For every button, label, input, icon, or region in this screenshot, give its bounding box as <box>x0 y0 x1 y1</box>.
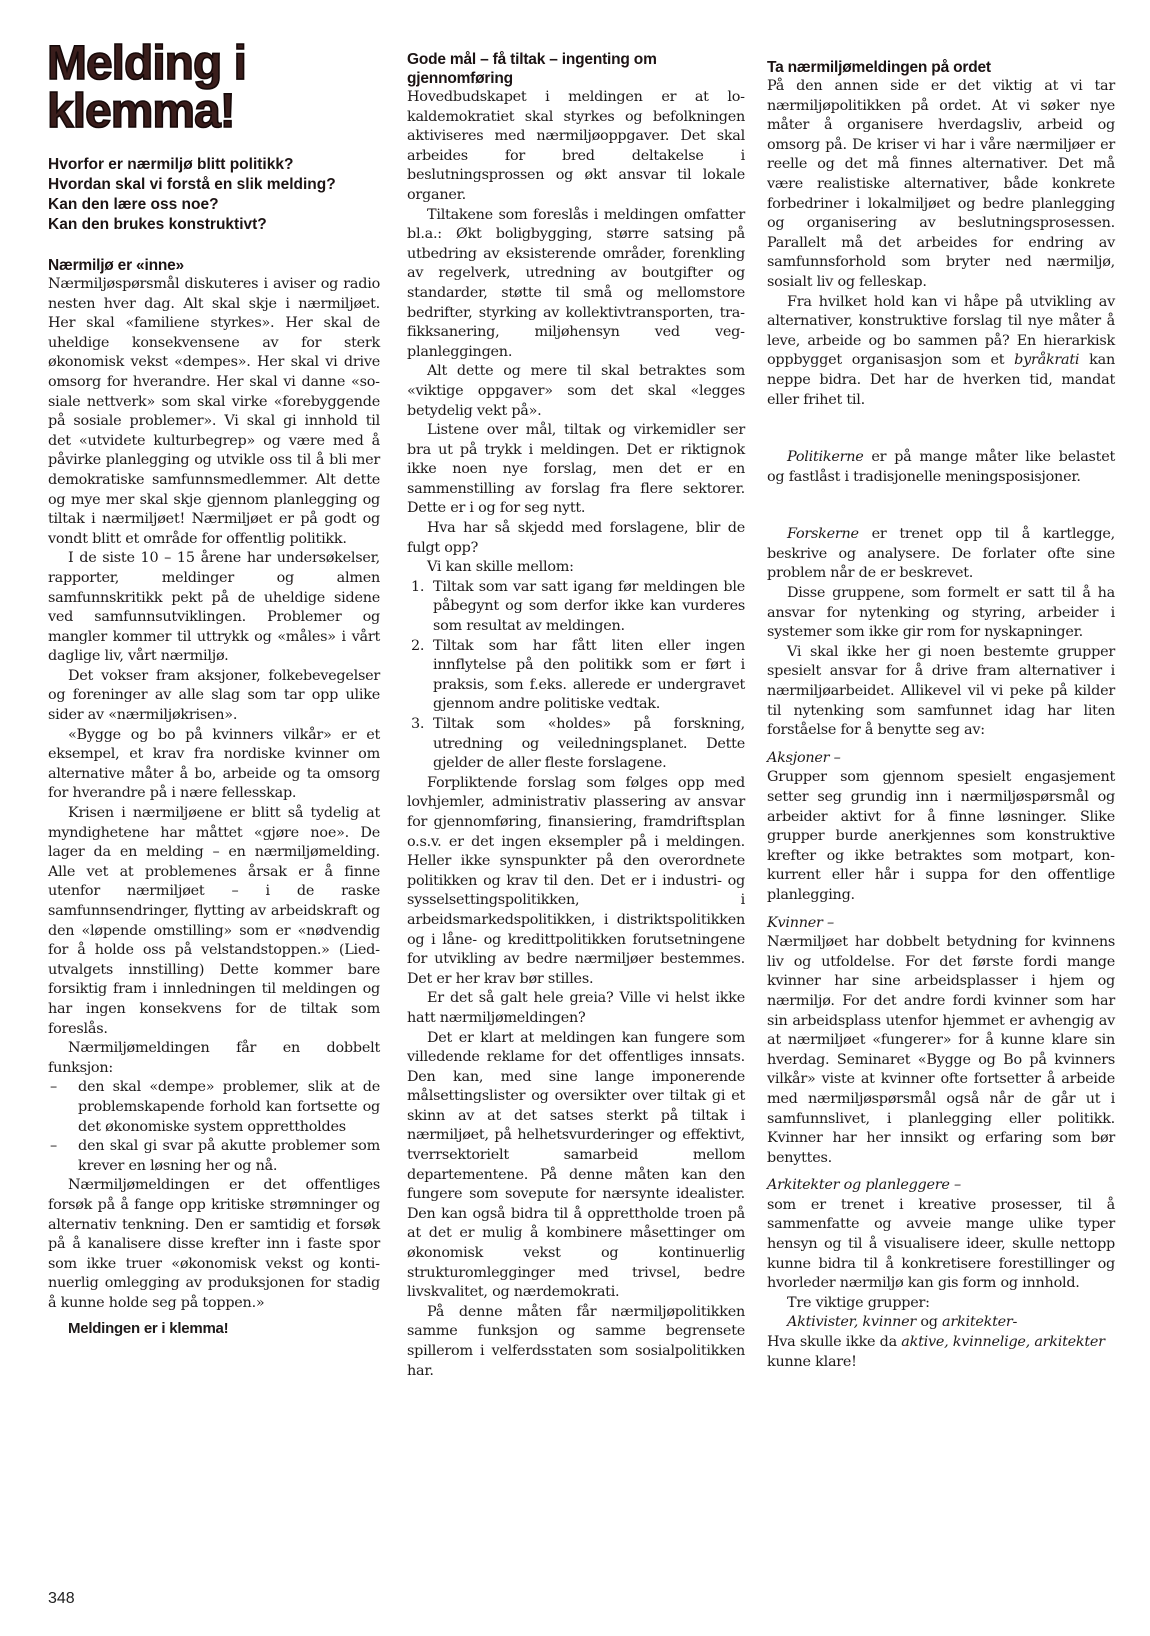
subheading-kvinner: Kvinner – <box>767 914 1115 934</box>
paragraph: Tiltakene som foreslås i meldingen omfat… <box>407 206 745 363</box>
paragraph: Vi kan skille mellom: <box>407 558 745 578</box>
title-line-2: klemma! <box>47 88 377 136</box>
paragraph: Listene over mål, tiltak og virkemid­ler… <box>407 421 745 519</box>
paragraph: På denne måten får nærmiljøpolitik­ken s… <box>407 1303 745 1381</box>
paragraph: Forskerne er trenet opp til å kart­legge… <box>767 525 1115 584</box>
subheading-aksjoner: Aksjoner – <box>767 749 1115 769</box>
dash-list: –den skal «dempe» problemer, slik at de … <box>48 1078 380 1176</box>
list-item: 3.Tiltak som «holdes» på forskning, utre… <box>407 715 745 774</box>
subheading-arkitekter: Arkitekter og planleggere – <box>767 1176 1115 1196</box>
paragraph: I de siste 10 – 15 årene har undersø­kel… <box>48 549 380 667</box>
section-heading-ta-paa-ordet: Ta nærmiljømeldingen på ordet <box>767 58 1115 77</box>
paragraph: Disse gruppene, som formelt er satt til … <box>767 584 1115 643</box>
numbered-list: 1.Tiltak som var satt igang før mel­ding… <box>407 578 745 774</box>
lede-question: Kan den brukes konstruktivt? <box>48 215 388 235</box>
lede-question: Kan den lære oss noe? <box>48 195 388 215</box>
list-item: 1.Tiltak som var satt igang før mel­ding… <box>407 578 745 637</box>
paragraph: Hva skulle ikke da aktive, kvinnelige, a… <box>767 1333 1115 1372</box>
list-item: –den skal gi svar på akutte proble­mer s… <box>48 1137 380 1176</box>
spacer <box>767 410 1115 448</box>
paragraph: Det er klart at meldingen kan fungere so… <box>407 1029 745 1303</box>
dash-bullet-icon: – <box>50 1137 57 1157</box>
paragraph: Nærmiljømeldingen er det offentli­ges fo… <box>48 1176 380 1313</box>
paragraph: Det vokser fram aksjoner, folkebe­vegels… <box>48 667 380 726</box>
paragraph: «Bygge og bo på kvinners vilkår» er et e… <box>48 726 380 804</box>
paragraph: Hovedbudskapet i meldingen er at lo­kald… <box>407 88 745 206</box>
lede-questions: Hvorfor er nærmiljø blitt politikk? Hvor… <box>48 155 388 235</box>
paragraph: På den annen side er det viktig at vi ta… <box>767 77 1115 293</box>
column-1: Nærmiljø er «inne» Nærmiljøspørsmål disk… <box>48 256 380 1339</box>
paragraph: Hva har så skjedd med forslagene, blir d… <box>407 519 745 558</box>
dash-bullet-icon: – <box>50 1078 57 1098</box>
paragraph: Nærmiljøspørsmål diskuteres i aviser og … <box>48 275 380 549</box>
paragraph: som er trenet i kreative prosesser, til … <box>767 1196 1115 1294</box>
paragraph: Aktivister, kvinner og arkitekter- <box>767 1313 1115 1333</box>
paragraph: Tre viktige grupper: <box>767 1294 1115 1314</box>
section-heading-naermiljo-inne: Nærmiljø er «inne» <box>48 256 380 275</box>
paragraph: Nærmiljøet har dobbelt betydning for kvi… <box>767 933 1115 1168</box>
section-heading-gode-maal: Gode mål – få tiltak – ingenting om gjen… <box>407 50 745 88</box>
list-item: –den skal «dempe» problemer, slik at de … <box>48 1078 380 1137</box>
paragraph: Er det så galt hele greia? Ville vi hels… <box>407 989 745 1028</box>
lede-question: Hvordan skal vi forstå en slik melding? <box>48 175 388 195</box>
title-line-1: Melding i <box>47 40 377 88</box>
magazine-page: Melding i klemma! Hvorfor er nærmiljø bl… <box>0 0 1150 1636</box>
paragraph: Alt dette og mere til skal betraktes som… <box>407 362 745 421</box>
page-number: 348 <box>48 1590 75 1608</box>
paragraph: Vi skal ikke her gi noen bestemte gruppe… <box>767 643 1115 741</box>
paragraph: Nærmiljømeldingen får en dobbelt funksjo… <box>48 1039 380 1078</box>
column-2: Gode mål – få tiltak – ingenting om gjen… <box>407 50 745 1381</box>
closing-statement: Meldingen er i klemma! <box>48 1319 380 1339</box>
column-3: Ta nærmiljømeldingen på ordet På den ann… <box>767 58 1115 1372</box>
lede-question: Hvorfor er nærmiljø blitt politikk? <box>48 155 388 175</box>
article-title: Melding i klemma! <box>47 40 377 136</box>
paragraph: Grupper som gjennom spesielt engas­jemen… <box>767 768 1115 905</box>
paragraph: Fra hvilket hold kan vi håpe på ut­vikli… <box>767 293 1115 411</box>
paragraph: Krisen i nærmiljøene er blitt så tyde­li… <box>48 804 380 1039</box>
list-item: 2.Tiltak som har fått liten eller ingen … <box>407 637 745 715</box>
paragraph: Politikerne er på mange måter like belas… <box>767 448 1115 487</box>
spacer <box>767 487 1115 525</box>
paragraph: Forpliktende forslag som følges opp med … <box>407 774 745 990</box>
